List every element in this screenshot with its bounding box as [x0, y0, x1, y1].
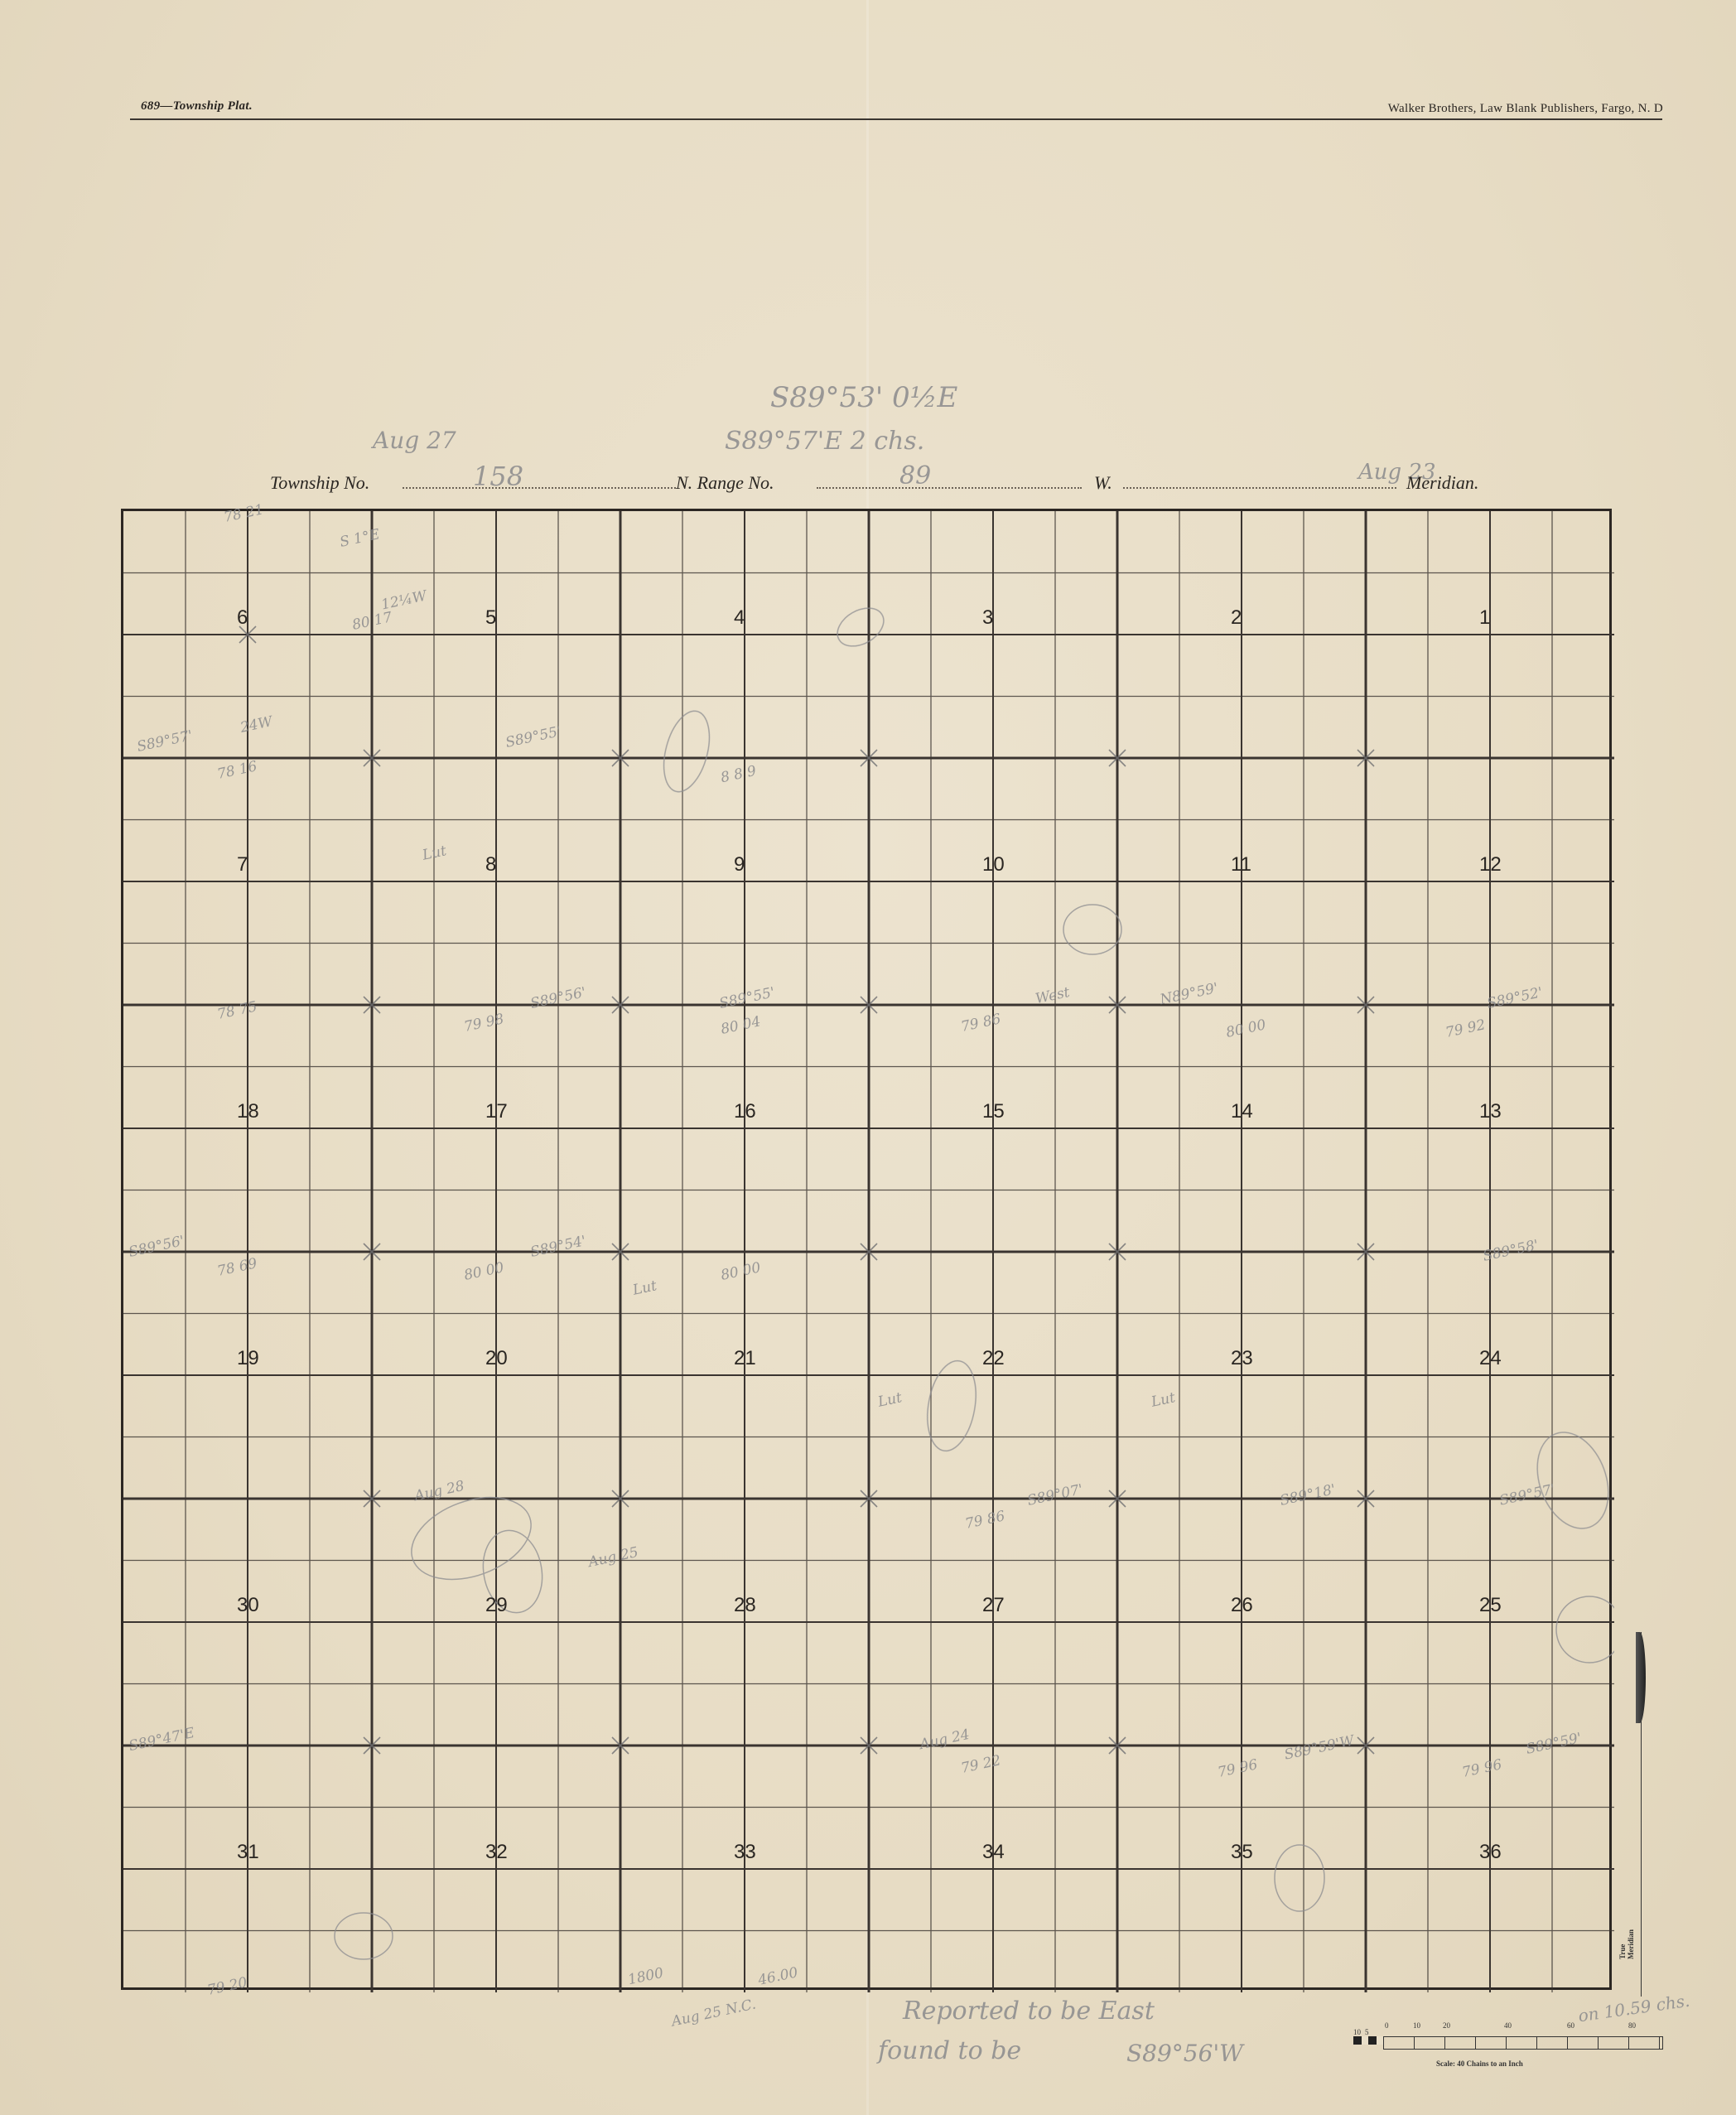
section-number: 19	[237, 1347, 259, 1370]
section-number: 33	[734, 1841, 756, 1864]
section-number: 31	[237, 1841, 259, 1864]
range-blank	[817, 486, 1082, 489]
section-number: 8	[485, 853, 496, 876]
section-number: 1	[1479, 606, 1490, 630]
section-number: 21	[734, 1347, 756, 1370]
range-value: 89	[899, 461, 931, 490]
section-number: 23	[1231, 1347, 1253, 1370]
section-number: 20	[485, 1347, 508, 1370]
section-number: 28	[734, 1594, 756, 1617]
scale-rule	[1383, 2036, 1663, 2050]
section-number: 9	[734, 853, 745, 876]
note-reported-east: Reported to be East	[903, 1997, 1155, 2026]
section-number: 27	[982, 1594, 1005, 1617]
section-number: 17	[485, 1100, 508, 1123]
form-label: 689—Township Plat.	[141, 99, 253, 113]
section-number: 16	[734, 1100, 756, 1123]
note-found-to-be: found to be	[878, 2036, 1021, 2065]
township-grid	[121, 509, 1612, 1990]
section-number: 4	[734, 606, 745, 630]
section-number: 12	[1479, 853, 1502, 876]
true-meridian-arrow: True Meridian	[1636, 1632, 1647, 1997]
section-number: 11	[1231, 853, 1251, 876]
title-line: Township No. 158 N. Range No. 89 W. Meri…	[270, 464, 1521, 497]
meridian-arrow-icon	[1636, 1632, 1646, 1723]
section-number: 22	[982, 1347, 1005, 1370]
section-number: 25	[1479, 1594, 1502, 1617]
section-number: 35	[1231, 1841, 1253, 1864]
pencil-note-bearing-1: S89°53' 0½E	[770, 381, 957, 414]
section-number: 34	[982, 1841, 1005, 1864]
section-number: 13	[1479, 1100, 1502, 1123]
note-bearing: S89°56'W	[1126, 2040, 1243, 2067]
publisher-label: Walker Brothers, Law Blank Publishers, F…	[1388, 102, 1663, 116]
section-number: 10	[982, 853, 1005, 876]
section-number: 36	[1479, 1841, 1502, 1864]
meridian-label: True Meridian	[1618, 1918, 1635, 1959]
pencil-date-left: Aug 27	[373, 427, 456, 454]
section-number: 30	[237, 1594, 259, 1617]
section-number: 18	[237, 1100, 259, 1123]
section-number: 2	[1231, 606, 1242, 630]
section-number: 6	[237, 606, 248, 630]
section-number: 15	[982, 1100, 1005, 1123]
section-number: 32	[485, 1841, 508, 1864]
section-number: 29	[485, 1594, 508, 1617]
section-number: 7	[237, 853, 248, 876]
header-rule	[130, 118, 1662, 120]
meridian-label: Meridian.	[1406, 472, 1478, 494]
section-number: 24	[1479, 1347, 1502, 1370]
grid-lines	[123, 511, 1614, 1992]
township-blank	[403, 486, 676, 489]
section-number: 3	[982, 606, 993, 630]
west-label: W.	[1094, 472, 1112, 494]
township-label: Township No.	[270, 472, 369, 494]
scale-bar: 10 5 0 10 20 40 60 80 Scale: 40 Chains t…	[1353, 2021, 1685, 2079]
pencil-note-bearing-2: S89°57'E 2 chs.	[725, 427, 924, 456]
meridian-blank	[1123, 486, 1396, 489]
township-value: 158	[473, 461, 523, 492]
section-number: 26	[1231, 1594, 1253, 1617]
scale-checker	[1353, 2036, 1383, 2045]
section-number: 14	[1231, 1100, 1253, 1123]
scale-caption: Scale: 40 Chains to an Inch	[1436, 2059, 1523, 2068]
section-number: 5	[485, 606, 496, 630]
range-label: N. Range No.	[676, 472, 774, 494]
